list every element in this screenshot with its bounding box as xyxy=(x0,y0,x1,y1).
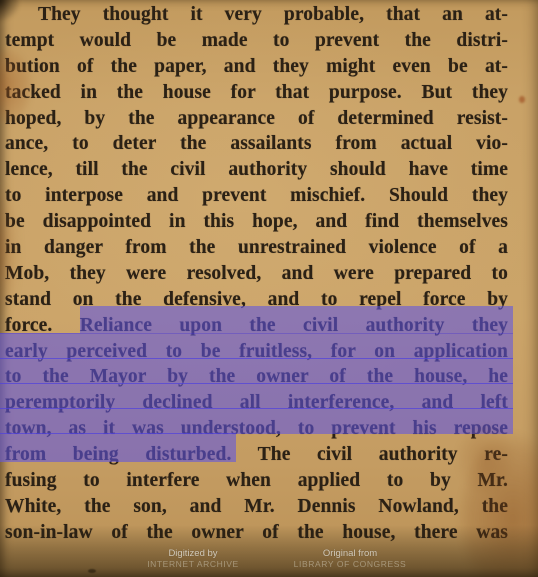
watermark-text: Digitized by xyxy=(113,548,273,559)
ink-speck xyxy=(519,96,525,103)
text-line: They thought it very probable, that an a… xyxy=(5,2,508,28)
text-line: lence, till the civil authority should h… xyxy=(5,157,508,183)
text-line: bution of the paper, and they might even… xyxy=(5,54,508,80)
page-text: They thought it very probable, that an a… xyxy=(5,2,508,546)
text-line: fusing to interfere when applied to by M… xyxy=(5,468,508,494)
text-line: Mob, they were resolved, and were prepar… xyxy=(5,261,508,287)
digitized-by-watermark: Digitized by INTERNET ARCHIVE xyxy=(113,548,273,570)
watermark-text: Original from xyxy=(270,548,430,559)
ink-speck xyxy=(88,569,96,573)
text-line: ance, to deter the assailants from actua… xyxy=(5,131,508,157)
text-line: peremptorily declined all interference, … xyxy=(5,390,508,416)
text-line: son-in-law of the owner of the house, th… xyxy=(5,520,508,546)
text-line: be disappointed in this hope, and find t… xyxy=(5,209,508,235)
scanned-page: They thought it very probable, that an a… xyxy=(0,0,538,577)
text-line: to the Mayor by the owner of the house, … xyxy=(5,364,508,390)
text-line: early perceived to be fruitless, for on … xyxy=(5,339,508,365)
text-line: from being disturbed. The civil authorit… xyxy=(5,442,508,468)
text-line: in danger from the unrestrained violence… xyxy=(5,235,508,261)
watermark-text: LIBRARY OF CONGRESS xyxy=(270,559,430,570)
text-line: stand on the defensive, and to repel for… xyxy=(5,287,508,313)
original-from-watermark: Original from LIBRARY OF CONGRESS xyxy=(270,548,430,570)
text-line: town, as it was understood, to prevent h… xyxy=(5,416,508,442)
watermark-text: INTERNET ARCHIVE xyxy=(113,559,273,570)
text-line: to interpose and prevent mischief. Shoul… xyxy=(5,183,508,209)
text-line: force. Reliance upon the civil authority… xyxy=(5,313,508,339)
text-line: tacked in the house for that purpose. Bu… xyxy=(5,80,508,106)
text-line: hoped, by the appearance of determined r… xyxy=(5,106,508,132)
text-line: tempt would be made to prevent the distr… xyxy=(5,28,508,54)
text-line: White, the son, and Mr. Dennis Nowland, … xyxy=(5,494,508,520)
